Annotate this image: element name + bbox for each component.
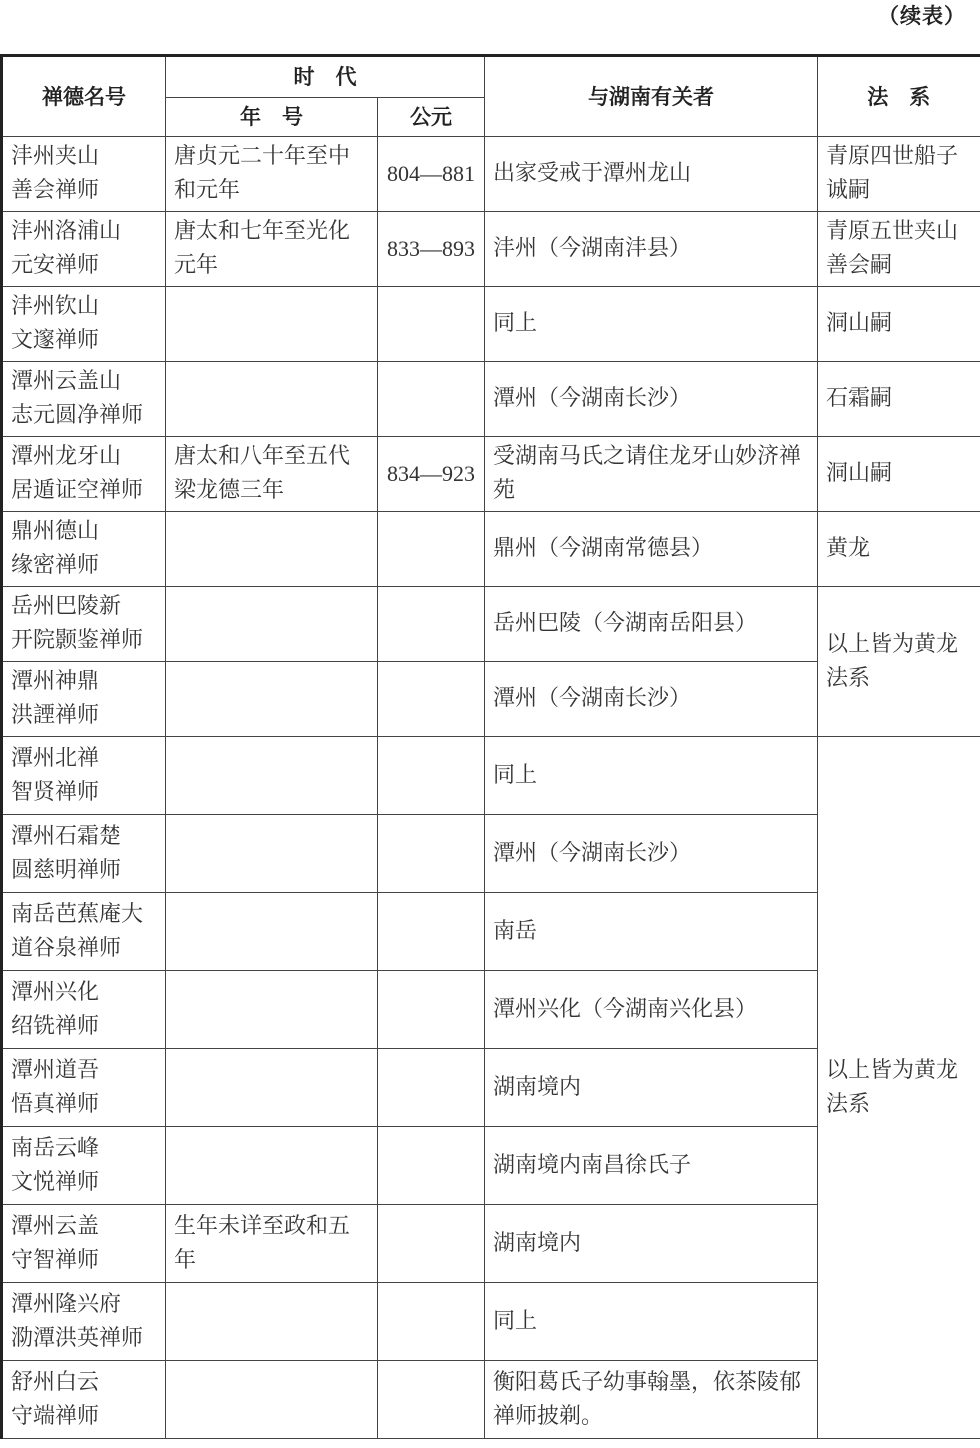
cell-relation: 湖南境内 (485, 1049, 818, 1127)
table-row: 鼎州德山 缘密禅师 鼎州（今湖南常德县） 黄龙 (2, 512, 980, 587)
cell-ad (378, 1361, 485, 1439)
cell-relation: 同上 (485, 1283, 818, 1361)
cell-name: 潭州云盖 守智禅师 (2, 1205, 166, 1283)
cell-reign: 唐贞元二十年至中和元年 (166, 137, 378, 212)
cell-relation: 湖南境内 (485, 1205, 818, 1283)
cell-name: 南岳芭蕉庵大 道谷泉禅师 (2, 893, 166, 971)
table-row: 沣州夹山 善会禅师 唐贞元二十年至中和元年 804—881 出家受戒于潭州龙山 … (2, 137, 980, 212)
table-row: 潭州云盖山 志元圆净禅师 潭州（今湖南长沙） 石霜嗣 (2, 362, 980, 437)
table-row: 岳州巴陵新 开院颢鉴禅师 岳州巴陵（今湖南岳阳县） 以上皆为黄龙法系 (2, 587, 980, 662)
cell-name: 沣州洛浦山 元安禅师 (2, 212, 166, 287)
cell-name: 潭州隆兴府 泐潭洪英禅师 (2, 1283, 166, 1361)
cell-name: 潭州道吾 悟真禅师 (2, 1049, 166, 1127)
cell-ad (378, 587, 485, 662)
cell-relation: 出家受戒于潭州龙山 (485, 137, 818, 212)
cell-reign (166, 1127, 378, 1205)
cell-ad (378, 1205, 485, 1283)
cell-reign (166, 512, 378, 587)
cell-name: 鼎州德山 缘密禅师 (2, 512, 166, 587)
cell-relation: 潭州（今湖南长沙） (485, 662, 818, 737)
cell-ad (378, 737, 485, 815)
cell-relation: 同上 (485, 737, 818, 815)
cell-reign (166, 815, 378, 893)
cell-relation: 潭州兴化（今湖南兴化县） (485, 971, 818, 1049)
cell-reign (166, 1283, 378, 1361)
cell-lineage: 洞山嗣 (818, 437, 980, 512)
header-lineage: 法 系 (818, 56, 980, 137)
cell-reign (166, 1049, 378, 1127)
cell-relation: 同上 (485, 287, 818, 362)
cell-relation: 衡阳葛氏子幼事翰墨，依茶陵郁禅师披剃。 (485, 1361, 818, 1439)
cell-reign (166, 362, 378, 437)
header-hunan-relation: 与湖南有关者 (485, 56, 818, 137)
cell-reign (166, 893, 378, 971)
cell-reign (166, 737, 378, 815)
table-row: 沣州洛浦山 元安禅师 唐太和七年至光化元年 833—893 沣州（今湖南沣县） … (2, 212, 980, 287)
cell-lineage: 青原四世船子诚嗣 (818, 137, 980, 212)
cell-relation: 湖南境内南昌徐氏子 (485, 1127, 818, 1205)
cell-reign (166, 1361, 378, 1439)
header-reign-title: 年 号 (166, 98, 378, 137)
cell-relation: 潭州（今湖南长沙） (485, 815, 818, 893)
cell-lineage: 石霜嗣 (818, 362, 980, 437)
cell-relation: 南岳 (485, 893, 818, 971)
cell-ad: 804—881 (378, 137, 485, 212)
cell-ad (378, 287, 485, 362)
cell-relation: 沣州（今湖南沣县） (485, 212, 818, 287)
cell-ad (378, 1049, 485, 1127)
cell-reign: 唐太和七年至光化元年 (166, 212, 378, 287)
cell-lineage: 黄龙 (818, 512, 980, 587)
cell-name: 沣州钦山 文邃禅师 (2, 287, 166, 362)
cell-name: 岳州巴陵新 开院颢鉴禅师 (2, 587, 166, 662)
cell-lineage: 青原五世夹山善会嗣 (818, 212, 980, 287)
header-ad: 公元 (378, 98, 485, 137)
cell-name: 潭州兴化 绍铣禅师 (2, 971, 166, 1049)
cell-ad (378, 971, 485, 1049)
cell-relation: 岳州巴陵（今湖南岳阳县） (485, 587, 818, 662)
cell-reign (166, 587, 378, 662)
cell-name: 潭州神鼎 洪諲禅师 (2, 662, 166, 737)
cell-ad: 834—923 (378, 437, 485, 512)
cell-ad (378, 362, 485, 437)
cell-name: 舒州白云 守端禅师 (2, 1361, 166, 1439)
cell-reign: 生年未详至政和五年 (166, 1205, 378, 1283)
cell-reign (166, 971, 378, 1049)
cell-ad (378, 1127, 485, 1205)
cell-name: 潭州龙牙山 居遁证空禅师 (2, 437, 166, 512)
table-row: 潭州龙牙山 居遁证空禅师 唐太和八年至五代梁龙德三年 834—923 受湖南马氏… (2, 437, 980, 512)
cell-lineage-merged-a: 以上皆为黄龙法系 (818, 587, 980, 737)
cell-relation: 受湖南马氏之请住龙牙山妙济禅苑 (485, 437, 818, 512)
header-name: 禅德名号 (2, 56, 166, 137)
cell-name: 潭州北禅 智贤禅师 (2, 737, 166, 815)
cell-ad (378, 1283, 485, 1361)
cell-name: 潭州石霜楚 圆慈明禅师 (2, 815, 166, 893)
cell-reign (166, 662, 378, 737)
cell-reign (166, 287, 378, 362)
cell-lineage: 洞山嗣 (818, 287, 980, 362)
cell-lineage-merged-b: 以上皆为黄龙法系 (818, 737, 980, 1439)
cell-name: 潭州云盖山 志元圆净禅师 (2, 362, 166, 437)
cell-ad (378, 893, 485, 971)
cell-relation: 鼎州（今湖南常德县） (485, 512, 818, 587)
cell-relation: 潭州（今湖南长沙） (485, 362, 818, 437)
cell-name: 沣州夹山 善会禅师 (2, 137, 166, 212)
cell-reign: 唐太和八年至五代梁龙德三年 (166, 437, 378, 512)
cell-ad (378, 815, 485, 893)
table-row: 潭州北禅 智贤禅师 同上 以上皆为黄龙法系 (2, 737, 980, 815)
cell-ad (378, 512, 485, 587)
continued-table-label: （续表） (878, 0, 966, 30)
cell-ad: 833—893 (378, 212, 485, 287)
table-row: 沣州钦山 文邃禅师 同上 洞山嗣 (2, 287, 980, 362)
header-era: 时 代 (166, 56, 485, 98)
cell-ad (378, 662, 485, 737)
cell-name: 南岳云峰 文悦禅师 (2, 1127, 166, 1205)
chan-masters-table: 禅德名号 时 代 与湖南有关者 法 系 年 号 公元 沣州夹山 善会禅师 唐贞元… (0, 54, 980, 1439)
